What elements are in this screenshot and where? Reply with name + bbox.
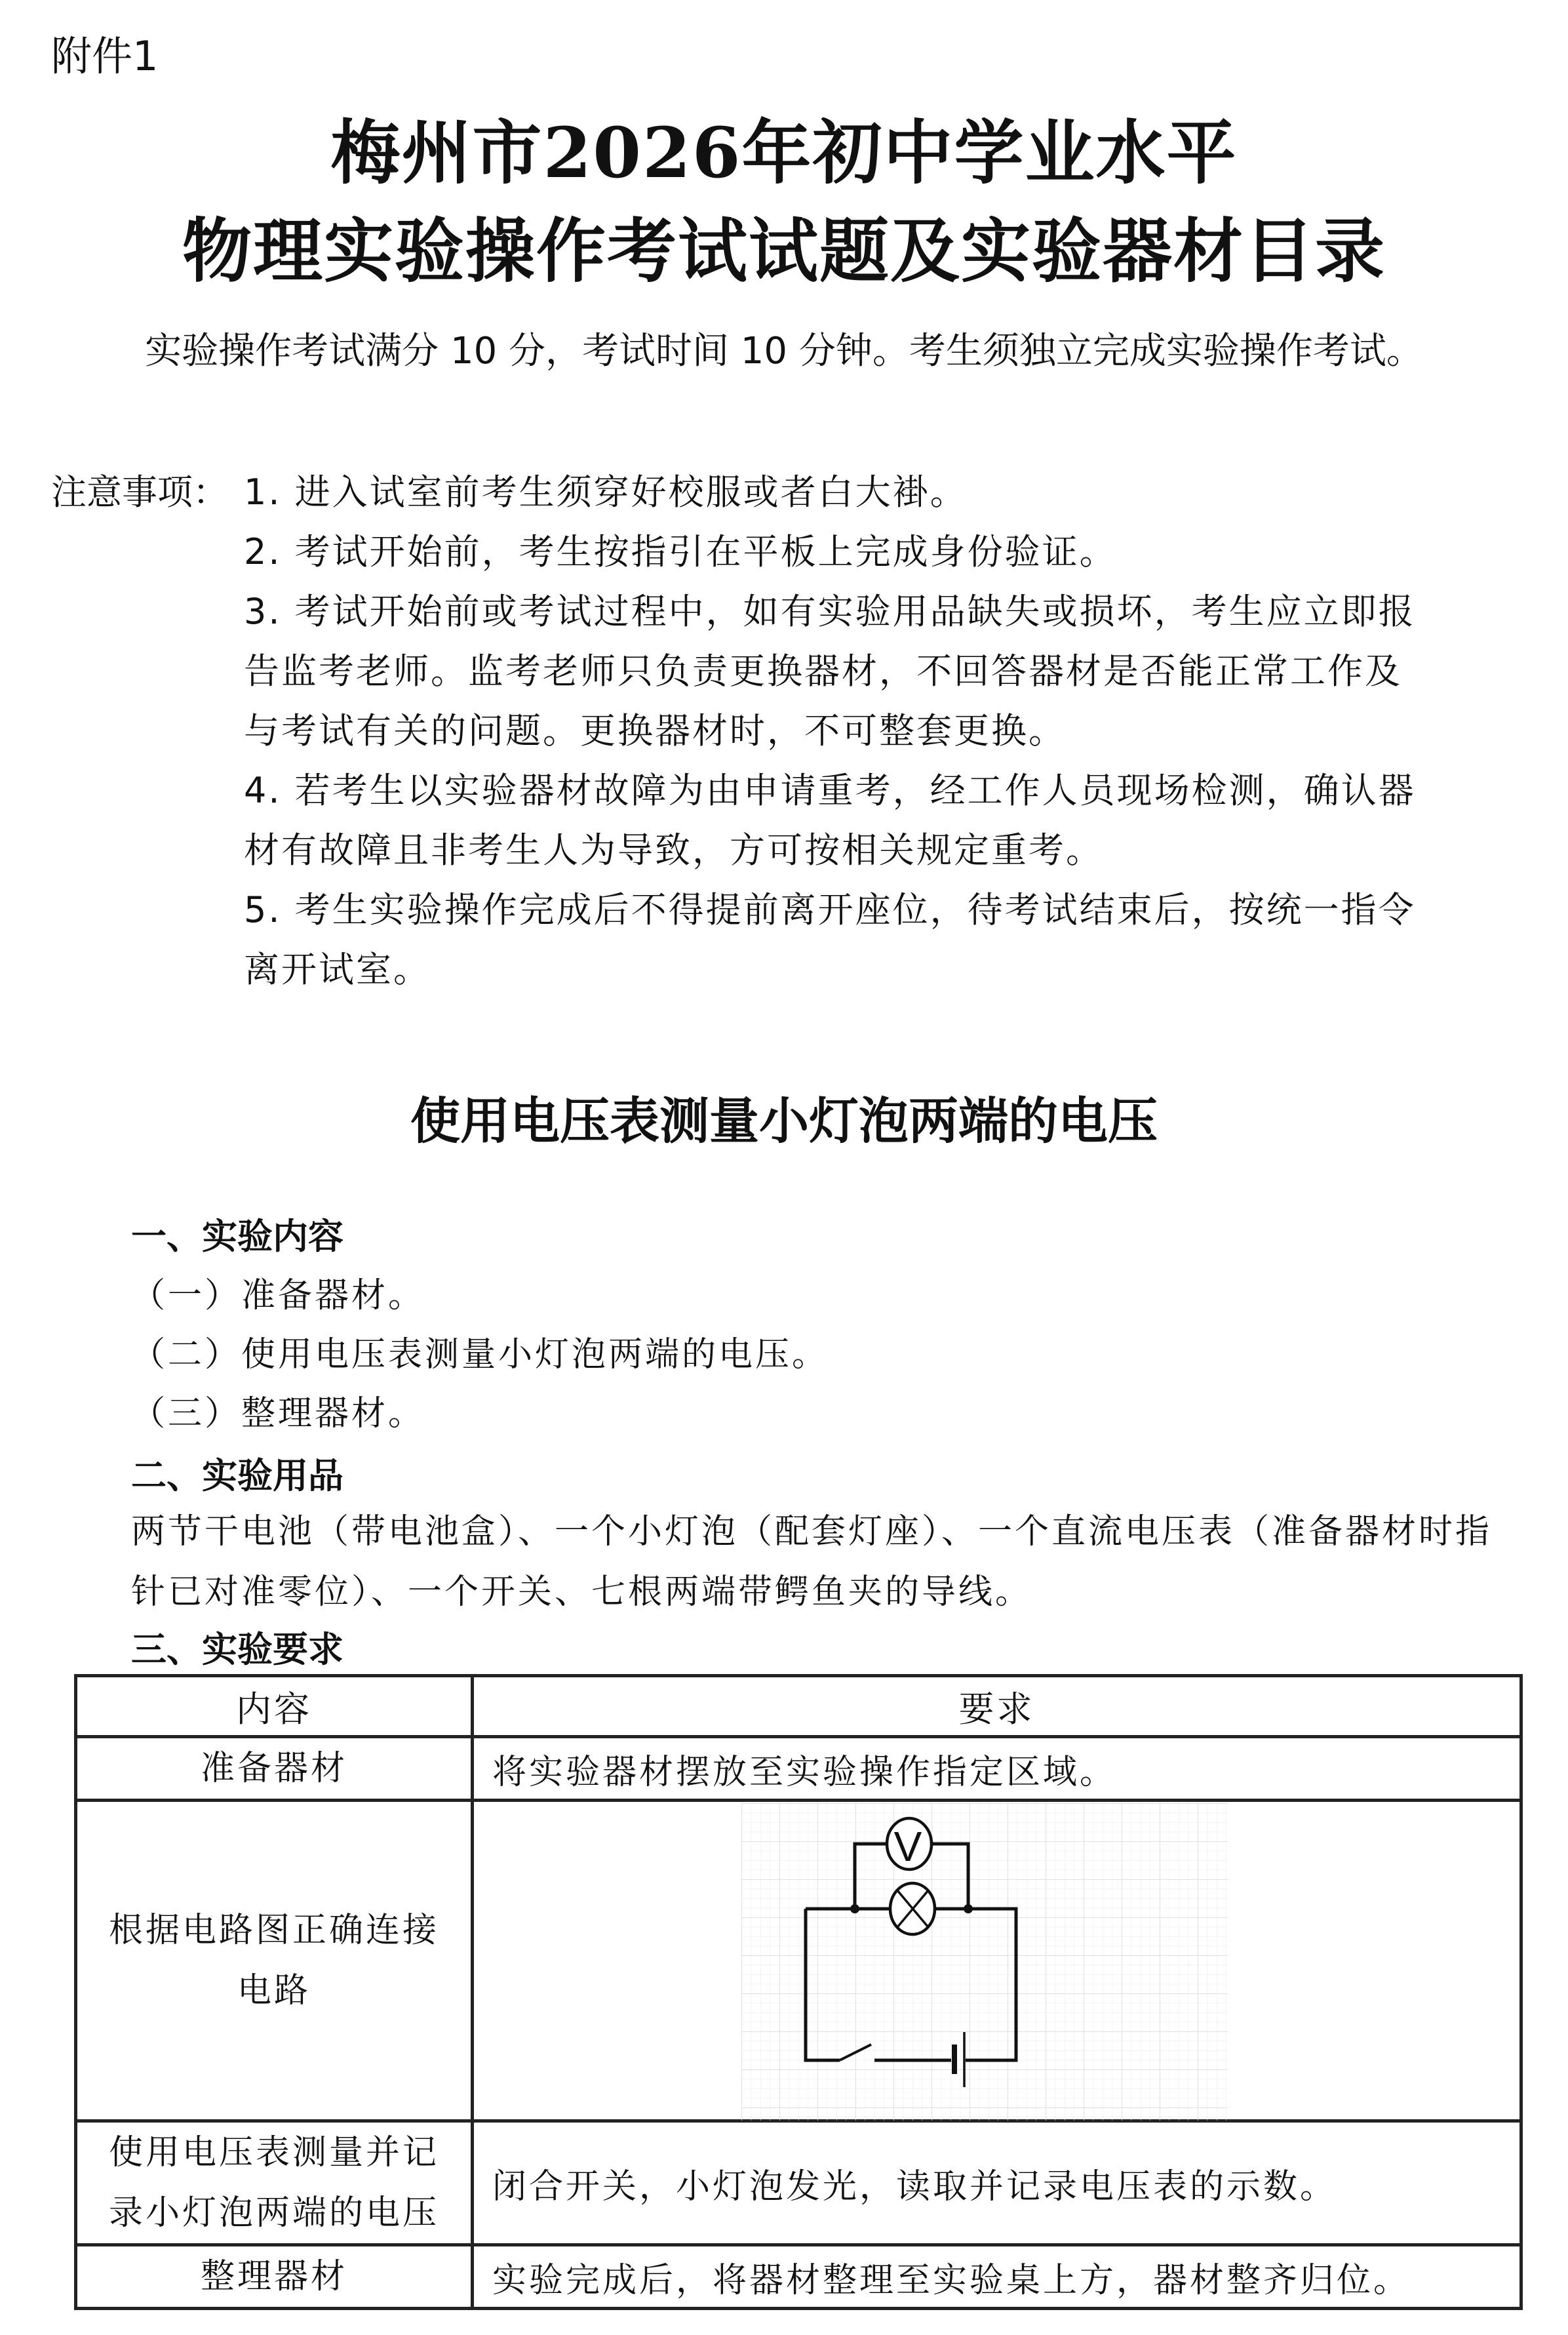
table-header-content: 内容 — [76, 1676, 473, 1737]
row-requirement: 闭合开关，小灯泡发光，读取并记录电压表的示数。 — [473, 2121, 1521, 2245]
table-row: 使用电压表测量并记 录小灯泡两端的电压 闭合开关，小灯泡发光，读取并记录电压表的… — [76, 2121, 1521, 2245]
voltmeter-icon: V — [887, 1818, 931, 1870]
row-requirement: 将实验器材摆放至实验操作指定区域。 — [473, 1737, 1521, 1801]
section-heading-content: 一、实验内容 — [131, 1213, 343, 1260]
page-title-line1: 梅州市2026年初中学业水平 — [0, 110, 1568, 195]
notes-list: 1. 进入试室前考生须穿好校服或者白大褂。 2. 考试开始前，考生按指引在平板上… — [244, 462, 1519, 999]
note-item-4-line1: 4. 若考生以实验器材故障为由申请重考，经工作人员现场检测，确认器 — [244, 761, 1519, 820]
section-heading-requirements: 三、实验要求 — [131, 1626, 343, 1673]
table-row: 整理器材 实验完成后，将器材整理至实验桌上方，器材整齐归位。 — [76, 2245, 1521, 2309]
requirements-table: 内容 要求 准备器材 将实验器材摆放至实验操作指定区域。 根据电路图正确连接 电… — [74, 1674, 1523, 2310]
row-content-line1: 使用电压表测量并记 — [77, 2123, 471, 2183]
grid-background — [741, 1803, 1228, 2121]
notes-label: 注意事项： — [51, 462, 244, 999]
content-item-2: （二）使用电压表测量小灯泡两端的电压。 — [131, 1331, 829, 1378]
circuit-diagram: V — [741, 1803, 1228, 2121]
table-header-row: 内容 要求 — [76, 1676, 1521, 1737]
junction-dot-icon — [850, 1904, 859, 1913]
row-content-line1: 根据电路图正确连接 — [77, 1900, 471, 1961]
row-content: 使用电压表测量并记 录小灯泡两端的电压 — [76, 2121, 473, 2245]
table-row: 准备器材 将实验器材摆放至实验操作指定区域。 — [76, 1737, 1521, 1801]
note-item-5-line2: 离开试室。 — [244, 940, 1519, 999]
row-content: 准备器材 — [76, 1737, 473, 1801]
table-row: 根据电路图正确连接 电路 — [76, 1801, 1521, 2121]
row-requirement: 实验完成后，将器材整理至实验桌上方，器材整齐归位。 — [473, 2245, 1521, 2309]
table-header-requirement: 要求 — [473, 1676, 1521, 1737]
section-heading-supplies: 二、实验用品 — [131, 1452, 343, 1500]
row-content-line2: 电路 — [77, 1961, 471, 2021]
note-item-3-line1: 3. 考试开始前或考试过程中，如有实验用品缺失或损坏，考生应立即报 — [244, 582, 1519, 641]
row-content: 整理器材 — [76, 2245, 473, 2309]
supplies-line2: 针已对准零位）、一个开关、七根两端带鳄鱼夹的导线。 — [131, 1562, 1495, 1622]
content-item-1: （一）准备器材。 — [131, 1272, 425, 1319]
voltmeter-label: V — [894, 1823, 925, 1870]
row-content: 根据电路图正确连接 电路 — [76, 1801, 473, 2121]
note-item-3-line3: 与考试有关的问题。更换器材时，不可整套更换。 — [244, 701, 1519, 761]
lamp-icon — [890, 1883, 935, 1934]
content-item-3: （三）整理器材。 — [131, 1390, 425, 1437]
notes-section: 注意事项： 1. 进入试室前考生须穿好校服或者白大褂。 2. 考试开始前，考生按… — [51, 462, 1519, 999]
note-item-3-line2: 告监考老师。监考老师只负责更换器材，不回答器材是否能正常工作及 — [244, 641, 1519, 701]
note-item-4-line2: 材有故障且非考生人为导致，方可按相关规定重考。 — [244, 820, 1519, 880]
intro-text: 实验操作考试满分 10 分，考试时间 10 分钟。考生须独立完成实验操作考试。 — [0, 328, 1568, 375]
note-item-2: 2. 考试开始前，考生按指引在平板上完成身份验证。 — [244, 522, 1519, 582]
page-title-line2: 物理实验操作考试试题及实验器材目录 — [0, 209, 1568, 294]
row-content-line2: 录小灯泡两端的电压 — [77, 2183, 471, 2243]
junction-dot-icon — [964, 1904, 973, 1913]
supplies-line1: 两节干电池（带电池盒）、一个小灯泡（配套灯座）、一个直流电压表（准备器材时指 — [131, 1502, 1495, 1562]
attachment-label: 附件1 — [51, 30, 158, 83]
experiment-title: 使用电压表测量小灯泡两端的电压 — [0, 1088, 1568, 1154]
note-item-5-line1: 5. 考生实验操作完成后不得提前离开座位，待考试结束后，按统一指令 — [244, 880, 1519, 940]
note-item-1: 1. 进入试室前考生须穿好校服或者白大褂。 — [244, 462, 1519, 522]
circuit-diagram-cell: V — [473, 1801, 1521, 2121]
